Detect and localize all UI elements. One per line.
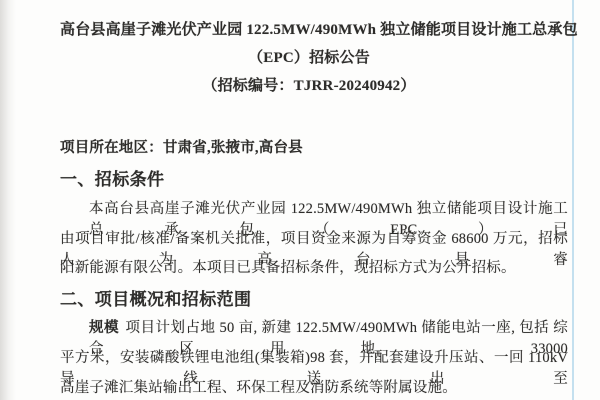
document-title-line-1: 高台县高崖子滩光伏产业园 122.5MW/490MWh 独立储能项目设计施工总承… [60,18,558,39]
section-1-heading: 一、招标条件 [60,165,164,190]
scan-artifact-vertical-line [572,0,574,400]
project-location-line: 项目所在地区：甘肃省,张掖市,高台县 [60,136,303,157]
scanned-tender-document: 高台县高崖子滩光伏产业园 122.5MW/490MWh 独立储能项目设计施工总承… [0,0,600,400]
tender-number-line: （招标编号：TJRR-20240942） [60,74,558,95]
section-1-paragraph-line-3: 阳新能源有限公司。本项目已具备招标条件，现招标方式为公开招标。 [60,256,568,277]
scale-label: 规模 [89,320,119,336]
document-title-line-2: （EPC）招标公告 [60,46,558,67]
section-2-heading: 二、项目概况和招标范围 [60,285,251,310]
section-2-paragraph-line-3: 高崖子滩汇集站输出工程、环保工程及消防系统等附属设施。 [60,376,568,397]
scan-left-edge-shadow [0,0,16,400]
